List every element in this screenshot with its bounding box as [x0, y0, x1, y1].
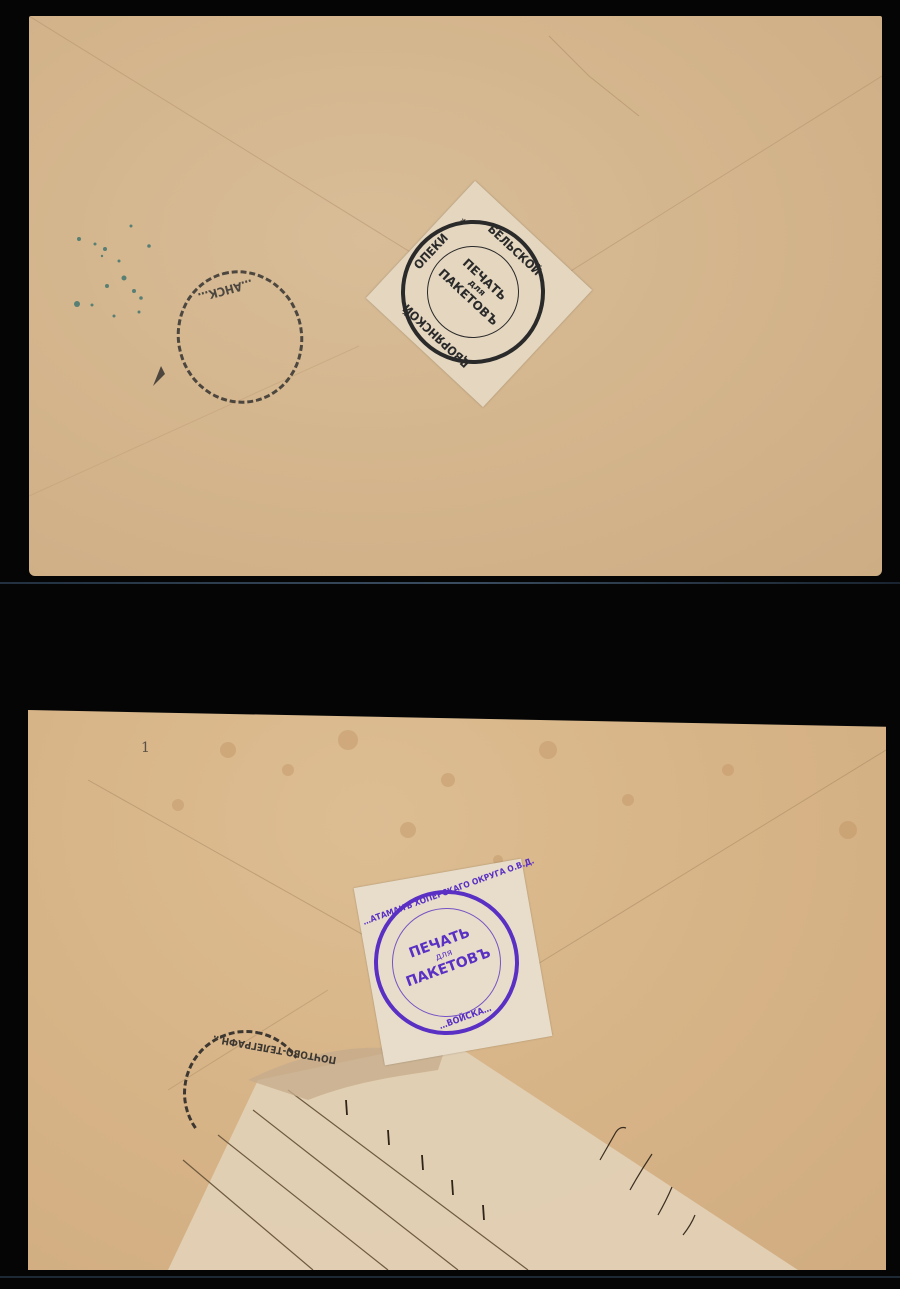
album-page-edge — [0, 582, 900, 584]
corner-mark: 1 — [141, 740, 150, 756]
postmark-text: …АНСК… — [197, 276, 254, 304]
envelope-bottom: 1 ПОЧТОВО-ТЕЛЕГРАФН… …АТАМАНЪ ХОПЕРСКАГО… — [28, 710, 886, 1270]
album-page-edge-bottom — [0, 1276, 900, 1278]
ink-splatter — [74, 225, 151, 318]
envelope-top: …АНСК… БЕЛЬСКОЙ ДВОРЯНСКОЙ ОПЕКИ * ПЕЧАТ… — [29, 16, 882, 576]
